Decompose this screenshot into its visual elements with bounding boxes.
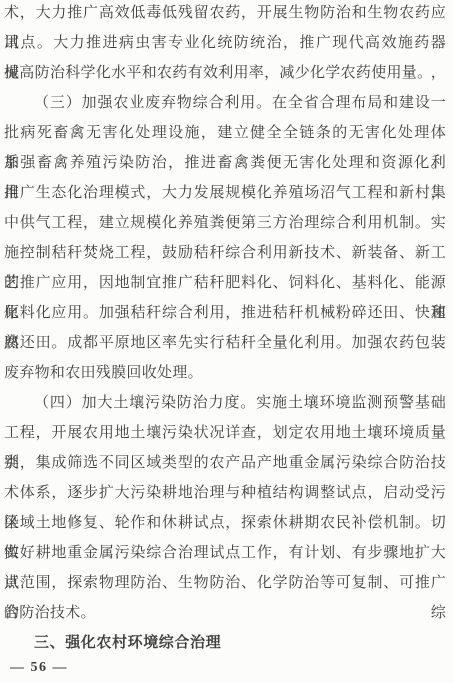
text-line: 术体系，逐步扩大污染耕地治理与种植结构调整试点，启动受污染: [4, 478, 446, 508]
text-line: 熟还田。成都平原地区率先实行秸秆全量化利用。加强农药包装: [4, 328, 446, 358]
document-page: 术，大力推广高效低毒低残留农药，开展生物防治和生物农药应用 试点。大力推进病虫害…: [0, 0, 454, 683]
text-line: 提高防治科学化水平和农药有效利用率，减少化学农药使用量。: [4, 58, 446, 88]
text-line: 废弃物和农田残膜回收处理。: [4, 358, 446, 388]
text-line: 做好耕地重金属污染综合治理试点工作，有计划、有步骤地扩大试: [4, 538, 446, 568]
body-text: 术，大力推广高效低毒低残留农药，开展生物防治和生物农药应用 试点。大力推进病虫害…: [4, 0, 446, 658]
text-line: 推广生态化治理模式，大力发展规模化养殖场沼气工程和新村集: [4, 178, 446, 208]
section-heading: 三、强化农村环境综合治理: [4, 628, 446, 658]
text-line: 工程，开展农用地土壤污染状况详查，划定农用地土壤环境质量类: [4, 418, 446, 448]
text-line: 区域土地修复、轮作和休耕试点，探索休耕期农民补偿机制。切实: [4, 508, 446, 538]
page-number: — 56 —: [10, 656, 68, 680]
text-line: 别，集成筛选不同区域类型的农产品产地重金属污染综合防治技: [4, 448, 446, 478]
text-line: 加强畜禽养殖污染防治，推进畜禽粪便无害化处理和资源化利用，: [4, 148, 446, 178]
text-line: 点范围，探索物理防治、生物防治、化学防治等可复制、可推广的综: [4, 568, 446, 598]
text-line: 原料化应用。加强秸秆综合利用，推进秸秆机械粉碎还田、快速腐: [4, 298, 446, 328]
text-line: （三）加强农业废弃物综合利用。在全省合理布局和建设一: [4, 88, 446, 118]
text-line: 施控制秸秆焚烧工程，鼓励秸秆综合利用新技术、新装备、新工艺: [4, 238, 446, 268]
text-line: （四）加大土壤污染防治力度。实施土壤环境监测预警基础: [4, 388, 446, 418]
text-line: 的推广应用，因地制宜推广秸秆肥料化、饲料化、基料化、能源化和: [4, 268, 446, 298]
text-line: 中供气工程，建立规模化养殖粪便第三方治理综合利用机制。实: [4, 208, 446, 238]
text-line: 试点。大力推进病虫害专业化统防统治，推广现代高效施药器械，: [4, 28, 446, 58]
text-line: 批病死畜禽无害化处理设施，建立健全全链条的无害化处理体系。: [4, 118, 446, 148]
text-line: 术，大力推广高效低毒低残留农药，开展生物防治和生物农药应用: [4, 0, 446, 28]
